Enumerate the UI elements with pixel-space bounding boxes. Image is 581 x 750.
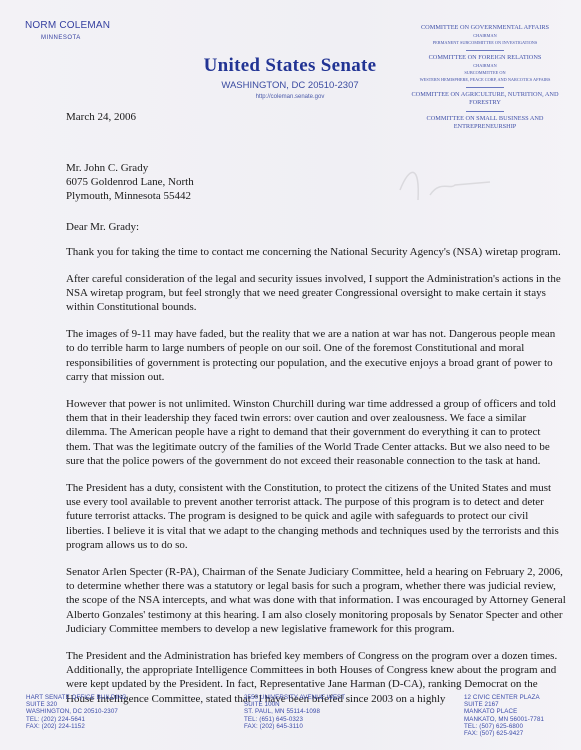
- divider: [466, 111, 504, 112]
- paragraph: After careful consideration of the legal…: [66, 272, 566, 315]
- office-line: Mankato Place: [464, 708, 544, 715]
- committee-name: Committee on Small Business and Entrepre…: [395, 115, 575, 131]
- committee-foreign-relations: Committee on Foreign Relations Chairman …: [395, 54, 575, 88]
- office-line: Tel: (651) 645-0323: [244, 716, 345, 723]
- recipient-address: Mr. John C. Grady 6075 Goldenrod Lane, N…: [66, 161, 194, 203]
- committee-name: Committee on Agriculture, Nutrition, and…: [395, 91, 575, 107]
- committee-agriculture: Committee on Agriculture, Nutrition, and…: [395, 91, 575, 112]
- office-line: Washington, DC 20510-2307: [26, 708, 127, 715]
- committee-small-business: Committee on Small Business and Entrepre…: [395, 115, 575, 131]
- committee-name: Committee on Governmental Affairs: [395, 24, 575, 32]
- paragraph: The President has a duty, consistent wit…: [66, 481, 566, 552]
- divider: [466, 87, 504, 88]
- committee-list: Committee on Governmental Affairs Chairm…: [395, 24, 575, 134]
- office-line: Tel: (202) 224-5641: [26, 716, 127, 723]
- senator-name: NORM COLEMAN: [25, 20, 110, 31]
- recipient-street: 6075 Goldenrod Lane, North: [66, 175, 194, 189]
- paragraph: Thank you for taking the time to contact…: [66, 245, 566, 259]
- footer-office-washington: Hart Senate Office Building Suite 320 Wa…: [26, 694, 127, 730]
- recipient-name: Mr. John C. Grady: [66, 161, 194, 175]
- office-line: Fax: (507) 625-9427: [464, 730, 544, 737]
- office-line: Hart Senate Office Building: [26, 694, 127, 701]
- senate-title: United States Senate: [200, 55, 380, 77]
- letter-body: Thank you for taking the time to contact…: [66, 245, 566, 719]
- signature-show-through: [390, 160, 510, 220]
- paragraph: Senator Arlen Specter (R-PA), Chairman o…: [66, 565, 566, 636]
- office-line: 2550 University Avenue West: [244, 694, 345, 701]
- footer-office-mankato: 12 Civic Center Plaza Suite 2167 Mankato…: [464, 694, 544, 737]
- recipient-city: Plymouth, Minnesota 55442: [66, 189, 194, 203]
- paragraph: The images of 9-11 may have faded, but t…: [66, 327, 566, 384]
- committee-role: Permanent Subcommittee on Investigations: [395, 40, 575, 46]
- senate-website: http://coleman.senate.gov: [200, 94, 380, 100]
- letter-page: NORM COLEMAN MINNESOTA United States Sen…: [0, 0, 581, 750]
- office-line: Mankato, MN 56001-7781: [464, 716, 544, 723]
- committee-role: Chairman: [395, 63, 575, 69]
- senate-address: WASHINGTON, DC 20510-2307: [200, 80, 380, 91]
- committee-role: Western Hemisphere, Peace Corp, and Narc…: [395, 77, 575, 83]
- salutation: Dear Mr. Grady:: [66, 221, 139, 233]
- senator-state: MINNESOTA: [41, 35, 81, 41]
- office-line: Suite 2167: [464, 701, 544, 708]
- letter-date: March 24, 2006: [66, 111, 136, 123]
- committee-role: Subcommittee on: [395, 70, 575, 76]
- footer-office-st-paul: 2550 University Avenue West Suite 100N S…: [244, 694, 345, 730]
- office-line: Fax: (202) 224-1152: [26, 723, 127, 730]
- paragraph: However that power is not unlimited. Win…: [66, 397, 566, 468]
- office-line: Suite 100N: [244, 701, 345, 708]
- office-line: Fax: (202) 645-3110: [244, 723, 345, 730]
- committee-role: Chairman: [395, 33, 575, 39]
- office-line: 12 Civic Center Plaza: [464, 694, 544, 701]
- committee-governmental-affairs: Committee on Governmental Affairs Chairm…: [395, 24, 575, 51]
- committee-name: Committee on Foreign Relations: [395, 54, 575, 62]
- office-line: Tel: (507) 625-6800: [464, 723, 544, 730]
- office-line: St. Paul, MN 55114-1098: [244, 708, 345, 715]
- office-line: Suite 320: [26, 701, 127, 708]
- divider: [466, 50, 504, 51]
